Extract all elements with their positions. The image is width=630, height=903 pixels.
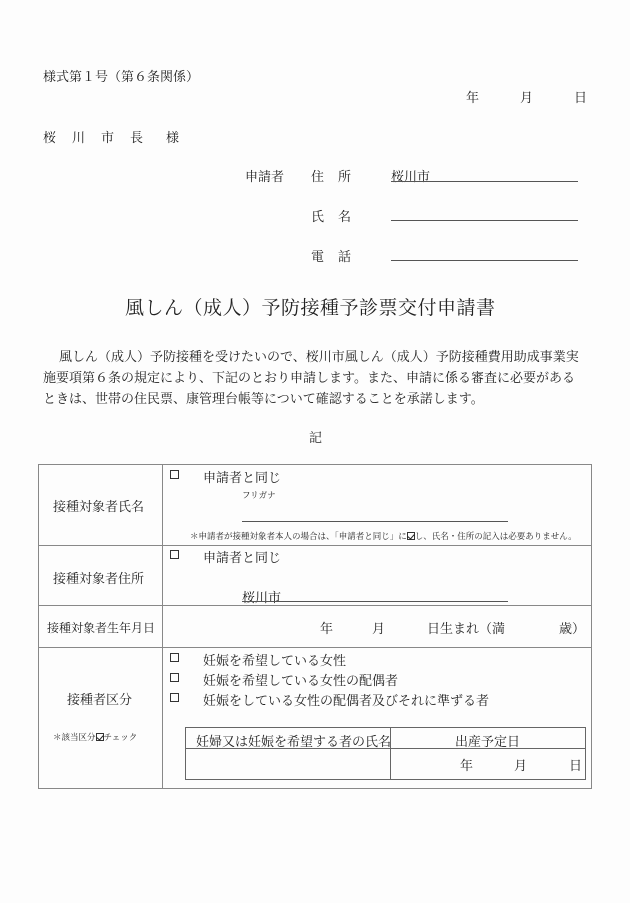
checked-box-icon bbox=[96, 733, 104, 741]
subtable-header-due-date: 出産予定日 bbox=[455, 731, 520, 750]
row-label: 接種者区分 bbox=[67, 689, 132, 708]
name-underline bbox=[391, 220, 578, 221]
birth-month-label: 月 bbox=[372, 618, 385, 637]
document-title: 風しん（成人）予防接種予診票交付申請書 bbox=[125, 293, 496, 320]
checkbox-icon bbox=[170, 673, 179, 682]
addressee-honorific: 様 bbox=[166, 127, 179, 146]
note-suffix: チェック bbox=[104, 733, 138, 743]
category-checkbox-2[interactable] bbox=[170, 670, 179, 685]
target-address-underline bbox=[242, 601, 508, 602]
addressee-char: 長 bbox=[130, 127, 143, 146]
applicant-label: 申請者 bbox=[245, 166, 284, 185]
category-checkbox-3[interactable] bbox=[170, 690, 179, 705]
birth-year-label: 年 bbox=[320, 618, 333, 637]
checkbox-icon bbox=[170, 653, 179, 662]
note-suffix: し、氏名・住所の記入は必要ありません。 bbox=[415, 532, 577, 542]
checkbox-icon bbox=[170, 550, 179, 559]
checked-box-icon bbox=[407, 532, 415, 540]
pregnant-name-field[interactable] bbox=[192, 753, 386, 777]
body-line-1: 風しん（成人）予防接種を受けたいので、桜川市風しん（成人）予防接種費用助成事業実 bbox=[59, 346, 579, 365]
category-checkbox-1[interactable] bbox=[170, 650, 179, 665]
furigana-label: フリガナ bbox=[242, 489, 276, 501]
label-column-divider bbox=[162, 464, 163, 789]
note-prefix: ＊申請者が接種対象者本人の場合は、「申請者と同じ」に bbox=[190, 532, 407, 542]
due-day-label: 日 bbox=[569, 755, 582, 774]
name-label-char: 氏 bbox=[311, 206, 324, 225]
row-divider bbox=[38, 647, 592, 648]
checkbox-icon bbox=[170, 470, 179, 479]
category-option-1: 妊娠を希望している女性 bbox=[203, 650, 346, 669]
category-option-3: 妊娠をしている女性の配偶者及びそれに準ずる者 bbox=[203, 690, 489, 709]
applicant-address-value: 桜川市 bbox=[391, 166, 430, 185]
row-label: 接種対象者氏名 bbox=[53, 496, 144, 515]
checkbox-icon bbox=[170, 693, 179, 702]
address-label-char: 住 bbox=[311, 166, 324, 185]
subtable-header-name: 妊婦又は妊娠を希望する者の氏名 bbox=[196, 731, 391, 750]
form-number: 様式第１号（第６条関係） bbox=[43, 66, 199, 85]
same-as-applicant-checkbox-address[interactable] bbox=[170, 547, 179, 562]
addressee-char: 市 bbox=[101, 127, 114, 146]
due-month-label: 月 bbox=[514, 755, 527, 774]
addressee-char: 川 bbox=[72, 127, 85, 146]
row-label: 接種対象者住所 bbox=[53, 568, 144, 587]
same-as-applicant-checkbox-name[interactable] bbox=[170, 467, 179, 482]
phone-label-char: 話 bbox=[338, 246, 351, 265]
checkbox-label: 申請者と同じ bbox=[203, 467, 281, 486]
date-day-label: 日 bbox=[574, 87, 587, 106]
address-label-char: 所 bbox=[338, 166, 351, 185]
birth-day-label: 日生まれ（満 bbox=[427, 618, 505, 637]
address-underline bbox=[391, 181, 578, 182]
ki-label: 記 bbox=[309, 427, 322, 446]
row-label: 接種対象者生年月日 bbox=[47, 619, 155, 636]
addressee-char: 桜 bbox=[43, 127, 56, 146]
category-note: ＊該当区分チェック bbox=[53, 731, 137, 743]
category-option-2: 妊娠を希望している女性の配偶者 bbox=[203, 670, 398, 689]
due-year-label: 年 bbox=[460, 755, 473, 774]
row-note: ＊申請者が接種対象者本人の場合は、「申請者と同じ」にし、氏名・住所の記入は必要あ… bbox=[190, 530, 577, 542]
date-month-label: 月 bbox=[520, 87, 533, 106]
checkbox-label: 申請者と同じ bbox=[203, 547, 281, 566]
age-label: 歳） bbox=[559, 618, 585, 637]
name-label-char: 名 bbox=[338, 206, 351, 225]
target-address-value: 桜川市 bbox=[242, 587, 281, 606]
date-year-label: 年 bbox=[466, 87, 479, 106]
phone-label-char: 電 bbox=[311, 246, 324, 265]
row-divider bbox=[38, 605, 592, 606]
note-prefix: ＊該当区分 bbox=[53, 733, 96, 743]
body-line-3: ときは、世帯の住民票、康管理台帳等について確認することを承諾します。 bbox=[43, 388, 484, 407]
row-divider bbox=[38, 545, 592, 546]
phone-underline bbox=[391, 260, 578, 261]
target-name-underline bbox=[242, 521, 508, 522]
body-line-2: 施要項第６条の規定により、下記のとおり申請します。また、申請に係る審査に必要があ… bbox=[43, 367, 575, 386]
